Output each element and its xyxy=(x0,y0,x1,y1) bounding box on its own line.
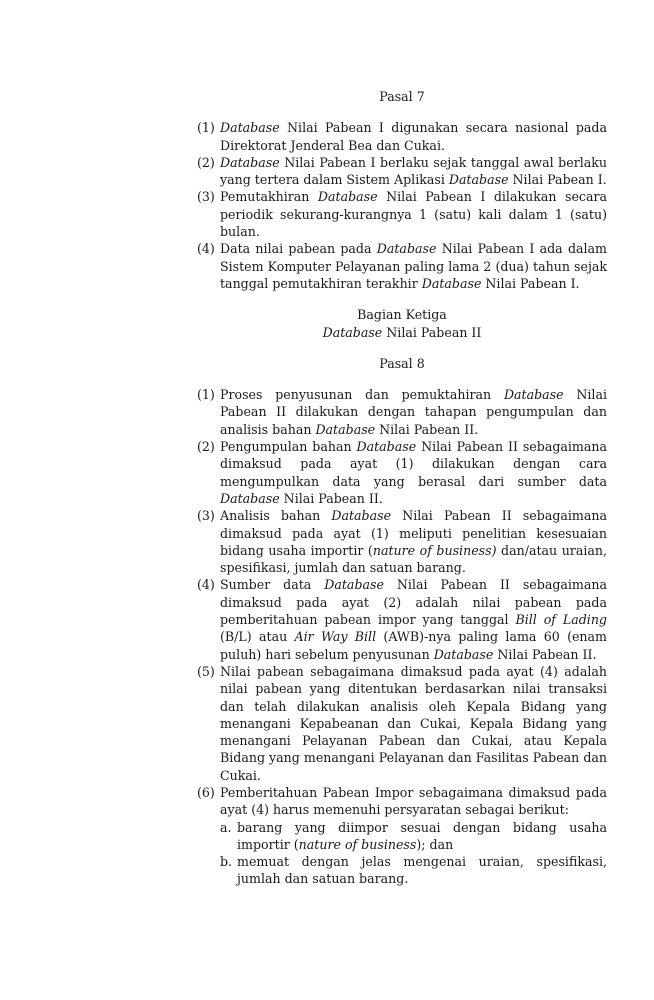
pasal-8-heading: Pasal 8 xyxy=(197,355,607,372)
pasal-7-heading: Pasal 7 xyxy=(197,88,607,105)
item-number: b. xyxy=(220,853,232,870)
ayat-item: (2)Pengumpulan bahan Database Nilai Pabe… xyxy=(197,438,607,507)
item-number: (2) xyxy=(197,438,215,455)
pasal-8-list: (1)Proses penyusunan dan pemuktahiran Da… xyxy=(197,386,607,888)
item-number: (3) xyxy=(197,188,215,205)
sub-list: a.barang yang diimpor sesuai dengan bida… xyxy=(220,819,607,888)
ayat-item: (5)Nilai pabean sebagaimana dimaksud pad… xyxy=(197,663,607,784)
item-text: Pengumpulan bahan Database Nilai Pabean … xyxy=(220,439,607,506)
item-text: Pemberitahuan Pabean Impor sebagaimana d… xyxy=(220,785,607,817)
item-number: (1) xyxy=(197,119,215,136)
ayat-item: (6)Pemberitahuan Pabean Impor sebagaiman… xyxy=(197,784,607,888)
item-text: Pemutakhiran Database Nilai Pabean I dil… xyxy=(220,189,607,239)
ayat-item: (3)Analisis bahan Database Nilai Pabean … xyxy=(197,507,607,576)
item-text: memuat dengan jelas mengenai uraian, spe… xyxy=(237,854,607,886)
item-number: (6) xyxy=(197,784,215,801)
item-number: (4) xyxy=(197,576,215,593)
item-text: Sumber data Database Nilai Pabean II seb… xyxy=(220,577,607,661)
bagian-subtitle: Database Nilai Pabean II xyxy=(197,324,607,341)
document-page: Pasal 7 (1)Database Nilai Pabean I digun… xyxy=(197,88,607,888)
item-text: Nilai pabean sebagaimana dimaksud pada a… xyxy=(220,664,607,783)
ayat-item: (2)Database Nilai Pabean I berlaku sejak… xyxy=(197,154,607,189)
item-number: (1) xyxy=(197,386,215,403)
item-number: (3) xyxy=(197,507,215,524)
item-text: barang yang diimpor sesuai dengan bidang… xyxy=(237,820,607,852)
item-number: (2) xyxy=(197,154,215,171)
bagian-heading: Bagian Ketiga xyxy=(197,306,607,323)
sub-list-item: a.barang yang diimpor sesuai dengan bida… xyxy=(220,819,607,854)
ayat-item: (4)Sumber data Database Nilai Pabean II … xyxy=(197,576,607,662)
item-number: (4) xyxy=(197,240,215,257)
item-text: Database Nilai Pabean I berlaku sejak ta… xyxy=(220,155,607,187)
item-text: Database Nilai Pabean I digunakan secara… xyxy=(220,120,607,152)
item-number: a. xyxy=(220,819,232,836)
ayat-item: (1)Database Nilai Pabean I digunakan sec… xyxy=(197,119,607,154)
item-number: (5) xyxy=(197,663,215,680)
item-text: Data nilai pabean pada Database Nilai Pa… xyxy=(220,241,607,291)
ayat-item: (1)Proses penyusunan dan pemuktahiran Da… xyxy=(197,386,607,438)
pasal-7-list: (1)Database Nilai Pabean I digunakan sec… xyxy=(197,119,607,292)
item-text: Proses penyusunan dan pemuktahiran Datab… xyxy=(220,387,607,437)
ayat-item: (3)Pemutakhiran Database Nilai Pabean I … xyxy=(197,188,607,240)
ayat-item: (4)Data nilai pabean pada Database Nilai… xyxy=(197,240,607,292)
item-text: Analisis bahan Database Nilai Pabean II … xyxy=(220,508,607,575)
sub-list-item: b.memuat dengan jelas mengenai uraian, s… xyxy=(220,853,607,888)
